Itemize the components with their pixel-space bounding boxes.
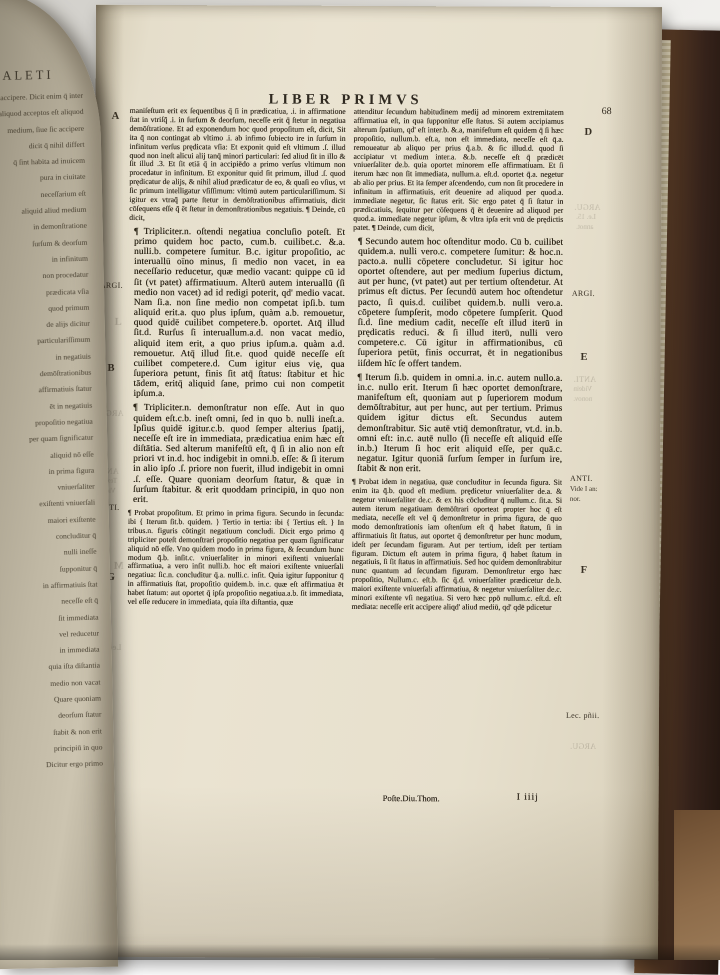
margin-note: Lec. pñii.	[566, 711, 599, 720]
photo-background: LIBER PRIMVS 68 maniſeſtum erit ex ſeque…	[0, 0, 720, 960]
facing-page-edge: ALETI ar accipere. Dicit enim q̄ interal…	[0, 0, 118, 960]
board-corner	[674, 810, 720, 960]
facing-page-line: Dicitur ergo primo	[0, 756, 103, 775]
margin-letter: A	[112, 111, 120, 122]
paragraph-small-type: attenditur ſecundum habitudinem medij ad…	[353, 108, 564, 234]
paragraph-small-type: maniſeſtum erit ex ſequentibus q̄ ſi in …	[129, 107, 346, 224]
paragraph-small-type: ¶ Probat propoſitum. Et primo in prima f…	[127, 509, 343, 608]
paragraph-small-type: ¶ Probat idem in negatiua, quæ concludit…	[351, 478, 562, 613]
margin-note: nor.	[570, 495, 581, 503]
paragraph-large-type: ¶ Secundo autem hoc oſtenditur modo. Cū …	[352, 237, 563, 370]
margin-note: ANTI.	[570, 474, 593, 483]
main-page: LIBER PRIMVS 68 maniſeſtum erit ex ſeque…	[92, 5, 662, 959]
catchword: Poſte.Diu.Thom.	[383, 793, 440, 803]
margin-note: Le. 15.	[576, 213, 596, 221]
margin-note: Vide I an:	[570, 485, 598, 493]
margin-letter: D	[585, 127, 593, 138]
facing-page-header: ALETI	[0, 67, 100, 85]
margin-note: Videin	[573, 385, 592, 393]
paragraph-large-type: ¶ Tripliciter.n. oſtendi negatiua conclu…	[128, 227, 345, 401]
text-column-right: attenditur ſecundum habitudinem medij ad…	[351, 108, 563, 617]
margin-note: ARGI.	[572, 289, 595, 298]
paragraph-large-type: ¶ Tripliciter.n. demonſtratur non eſſe. …	[128, 403, 344, 506]
bottom-shadow	[0, 944, 720, 960]
gathering-signature: I iiij	[517, 793, 539, 803]
facing-page-lines: ar accipere. Dicit enim q̄ interaliquod …	[0, 87, 117, 775]
margin-note: nonov.	[573, 395, 592, 403]
margin-letter: E	[581, 352, 588, 363]
margin-note: annot.	[576, 223, 593, 231]
text-column-left: maniſeſtum erit ex ſequentibus q̄ ſi in …	[127, 107, 345, 612]
margin-letter: L	[115, 317, 122, 328]
margin-note: ANTI.	[573, 375, 596, 384]
margin-letter: B	[107, 363, 114, 374]
margin-note: ARGU.	[570, 742, 596, 751]
paragraph-large-type: ¶ Iterum ſi.b. quidem in omni.a. in.c. a…	[352, 373, 562, 475]
page-number: 68	[602, 106, 612, 117]
margin-letter: M	[114, 561, 124, 572]
margin-letter: F	[581, 565, 587, 576]
margin-note: ARGU.	[574, 203, 600, 212]
